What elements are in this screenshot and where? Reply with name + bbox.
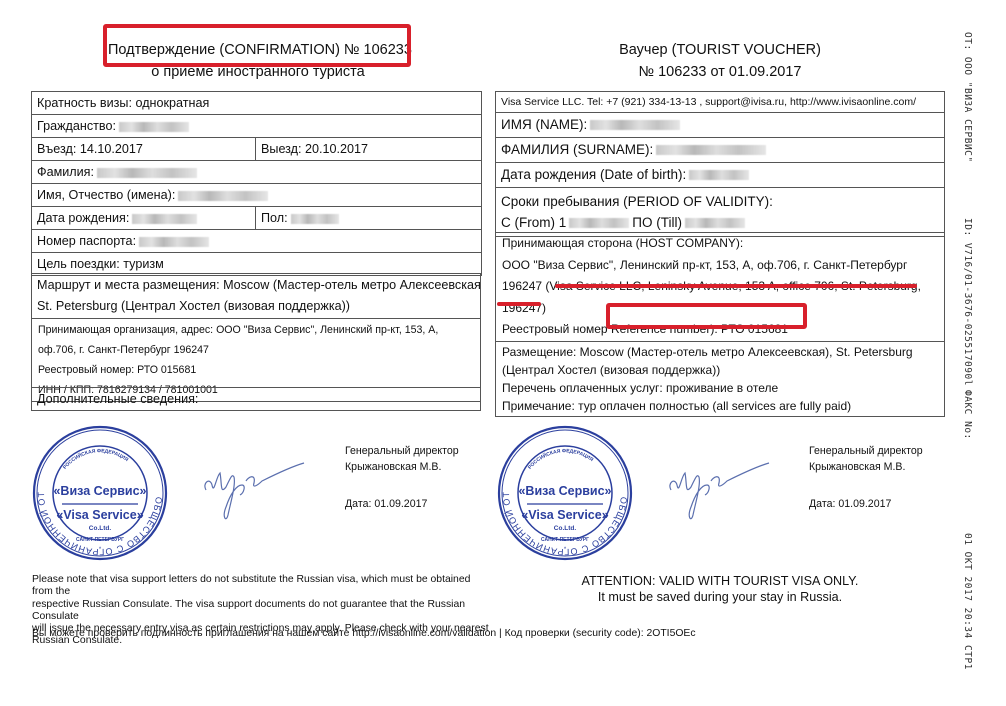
given-names: Имя, Отчество (имена): <box>32 184 482 207</box>
accommodation-line: Размещение: Moscow (Мастер-отель метро А… <box>502 343 944 361</box>
director-signature <box>200 455 310 525</box>
passport-number: Номер паспорта: <box>32 230 482 253</box>
visa-multiplicity: Кратность визы: однократная <box>32 92 482 115</box>
voucher-date-of-birth: Дата рождения (Date of birth): <box>496 163 945 188</box>
accommodation-line: (Централ Хостел (визовая поддержка)) <box>502 361 944 379</box>
fax-from: ОТ: ООО "ВИЗА СЕРВИС" <box>962 32 973 163</box>
notice-line: respective Russian Consulate. The visa s… <box>32 599 492 624</box>
paid-services: Перечень оплаченных услуг: проживание в … <box>502 379 944 397</box>
signature-date: Дата: 01.09.2017 <box>345 496 427 513</box>
attention-line: ATTENTION: VALID WITH TOURIST VISA ONLY. <box>560 573 880 589</box>
svg-text:РОССИЙСКАЯ ФЕДЕРАЦИЯ: РОССИЙСКАЯ ФЕДЕРАЦИЯ <box>62 448 129 470</box>
redacted-value <box>689 170 749 180</box>
validation-link[interactable]: Вы можете проверить подлинность приглаше… <box>32 628 696 640</box>
accommodation-details: Размещение: Moscow (Мастер-отель метро А… <box>496 341 945 416</box>
host-line: Принимающая организация, адрес: ООО "Виз… <box>38 320 480 340</box>
svg-text:Co.Ltd.: Co.Ltd. <box>89 525 112 532</box>
voucher-name: ИМЯ (NAME): <box>496 113 945 138</box>
svg-text:«Visa Service»: «Visa Service» <box>56 508 143 522</box>
svg-text:«Виза Сервис»: «Виза Сервис» <box>53 484 146 498</box>
company-stamp: ОБЩЕСТВО С ОГРАНИЧЕННОЙ ОТВЕТСТВЕННОСТЬЮ… <box>30 423 170 563</box>
route-and-accommodation: Маршрут и места размещения: Moscow (Маст… <box>32 274 481 319</box>
entry-date: Въезд: 14.10.2017 <box>32 138 256 161</box>
attention-line: It must be saved during your stay in Rus… <box>560 589 880 605</box>
redacted-value <box>178 191 268 201</box>
voucher-subtitle: № 106233 от 01.09.2017 <box>570 64 870 80</box>
host-title: Принимающая сторона (HOST COMPANY): <box>502 233 944 255</box>
redacted-value <box>569 218 629 228</box>
period-range: С (From) 1ПО (Till) <box>501 212 944 233</box>
address-underline <box>555 284 917 288</box>
payment-note: Примечание: тур оплачен полностью (all s… <box>502 397 944 415</box>
host-address-ru: ООО "Виза Сервис", Ленинский пр-кт, 153,… <box>502 255 944 277</box>
confirmation-subtitle: о приеме иностранного туриста <box>108 64 408 80</box>
fax-datetime: 01 ОКТ 2017 20:34 <box>962 533 973 639</box>
confirmation-route-table: Маршрут и места размещения: Moscow (Маст… <box>31 273 481 402</box>
postcode-underline <box>497 302 541 306</box>
redacted-value <box>685 218 745 228</box>
director-position: Генеральный директор <box>345 443 459 460</box>
redacted-value <box>97 168 197 178</box>
date-of-birth: Дата рождения: <box>32 207 256 230</box>
redacted-value <box>590 120 680 130</box>
director-position: Генеральный директор <box>809 443 923 460</box>
voucher-attention: ATTENTION: VALID WITH TOURIST VISA ONLY.… <box>560 573 880 605</box>
svg-text:САНКТ-ПЕТЕРБУРГ: САНКТ-ПЕТЕРБУРГ <box>76 537 124 543</box>
confirmation-table: Кратность визы: однократная Гражданство:… <box>31 91 482 276</box>
svg-text:«Виза Сервис»: «Виза Сервис» <box>518 484 611 498</box>
additional-info-table: Дополнительные сведения: <box>31 387 481 411</box>
period-of-validity: Сроки пребывания (PERIOD OF VALIDITY): С… <box>496 188 945 237</box>
svg-text:Co.Ltd.: Co.Ltd. <box>554 525 577 532</box>
company-contact: Visa Service LLC. Tel: +7 (921) 334-13-1… <box>496 92 945 113</box>
route-line: St. Petersburg (Централ Хостел (визовая … <box>37 296 480 317</box>
citizenship: Гражданство: <box>32 115 482 138</box>
redacted-value <box>291 214 339 224</box>
fax-id: ID: V716/01-3676-025517090l <box>962 218 973 386</box>
voucher-surname: ФАМИЛИЯ (SURNAME): <box>496 138 945 163</box>
svg-text:«Visa Service»: «Visa Service» <box>521 508 608 522</box>
reference-number-highlight <box>606 303 807 329</box>
svg-text:РОССИЙСКАЯ ФЕДЕРАЦИЯ: РОССИЙСКАЯ ФЕДЕРАЦИЯ <box>527 448 594 470</box>
period-label: Сроки пребывания (PERIOD OF VALIDITY): <box>501 191 944 212</box>
notice-line: Please note that visa support letters do… <box>32 574 492 599</box>
route-line: Маршрут и места размещения: Moscow (Маст… <box>37 275 480 296</box>
director-name: Крыжановская М.В. <box>345 459 441 476</box>
fax-number: ФАКС No: <box>962 390 973 440</box>
redacted-value <box>119 122 189 132</box>
additional-info: Дополнительные сведения: <box>32 388 481 411</box>
voucher-table: Visa Service LLC. Tel: +7 (921) 334-13-1… <box>495 91 945 237</box>
confirmation-title-highlight <box>103 24 411 67</box>
fax-page: СТР1 <box>962 645 973 670</box>
redacted-value <box>656 145 766 155</box>
surname: Фамилия: <box>32 161 482 184</box>
redacted-value <box>132 214 197 224</box>
company-stamp: ОБЩЕСТВО С ОГРАНИЧЕННОЙ ОТВЕТСТВЕННОСТЬЮ… <box>495 423 635 563</box>
redacted-value <box>139 237 209 247</box>
exit-date: Выезд: 20.10.2017 <box>256 138 482 161</box>
signature-date: Дата: 01.09.2017 <box>809 496 891 513</box>
registry-number: Реестровый номер: РТО 015681 <box>38 360 480 380</box>
sex: Пол: <box>256 207 482 230</box>
svg-text:САНКТ-ПЕТЕРБУРГ: САНКТ-ПЕТЕРБУРГ <box>541 537 589 543</box>
director-signature <box>665 455 775 525</box>
director-name: Крыжановская М.В. <box>809 459 905 476</box>
host-line: оф.706, г. Санкт-Петербург 196247 <box>38 340 480 360</box>
voucher-title: Ваучер (TOURIST VOUCHER) <box>570 42 870 58</box>
